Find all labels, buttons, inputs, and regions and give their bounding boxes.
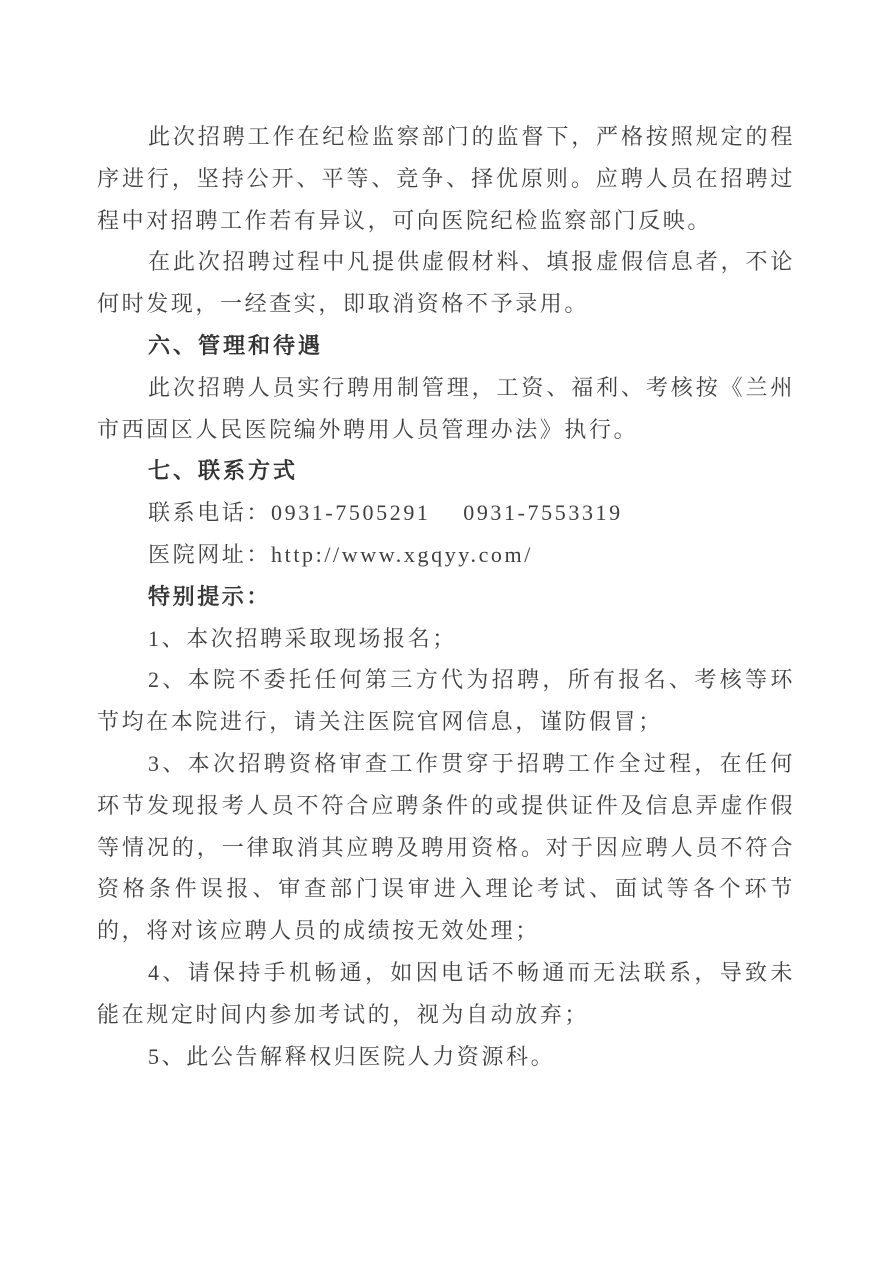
para-notice-1: 1、本次招聘采取现场报名； — [97, 618, 795, 660]
para-management: 此次招聘人员实行聘用制管理，工资、福利、考核按《兰州市西固区人民医院编外聘用人员… — [97, 367, 795, 451]
document-page: 此次招聘工作在纪检监察部门的监督下，严格按照规定的程序进行，坚持公开、平等、竞争… — [0, 0, 892, 1262]
para-notice-4: 4、请保持手机畅通，如因电话不畅通而无法联系，导致未能在规定时间内参加考试的，视… — [97, 952, 795, 1036]
para-supervision: 此次招聘工作在纪检监察部门的监督下，严格按照规定的程序进行，坚持公开、平等、竞争… — [97, 116, 795, 241]
document-content: 此次招聘工作在纪检监察部门的监督下，严格按照规定的程序进行，坚持公开、平等、竞争… — [97, 116, 795, 1077]
para-notice-2: 2、本院不委托任何第三方代为招聘，所有报名、考核等环节均在本院进行，请关注医院官… — [97, 659, 795, 743]
para-hospital-website: 医院网址：http://www.xgqyy.com/ — [97, 534, 795, 576]
heading-management-and-treatment: 六、管理和待遇 — [97, 325, 795, 367]
heading-special-notice: 特别提示： — [97, 576, 795, 618]
para-notice-3: 3、本次招聘资格审查工作贯穿于招聘工作全过程，在任何环节发现报考人员不符合应聘条… — [97, 743, 795, 952]
para-contact-phone: 联系电话：0931-7505291 0931-7553319 — [97, 492, 795, 534]
heading-contact: 七、联系方式 — [97, 450, 795, 492]
para-notice-5: 5、此公告解释权归医院人力资源科。 — [97, 1036, 795, 1078]
para-false-materials: 在此次招聘过程中凡提供虚假材料、填报虚假信息者，不论何时发现，一经查实，即取消资… — [97, 241, 795, 325]
